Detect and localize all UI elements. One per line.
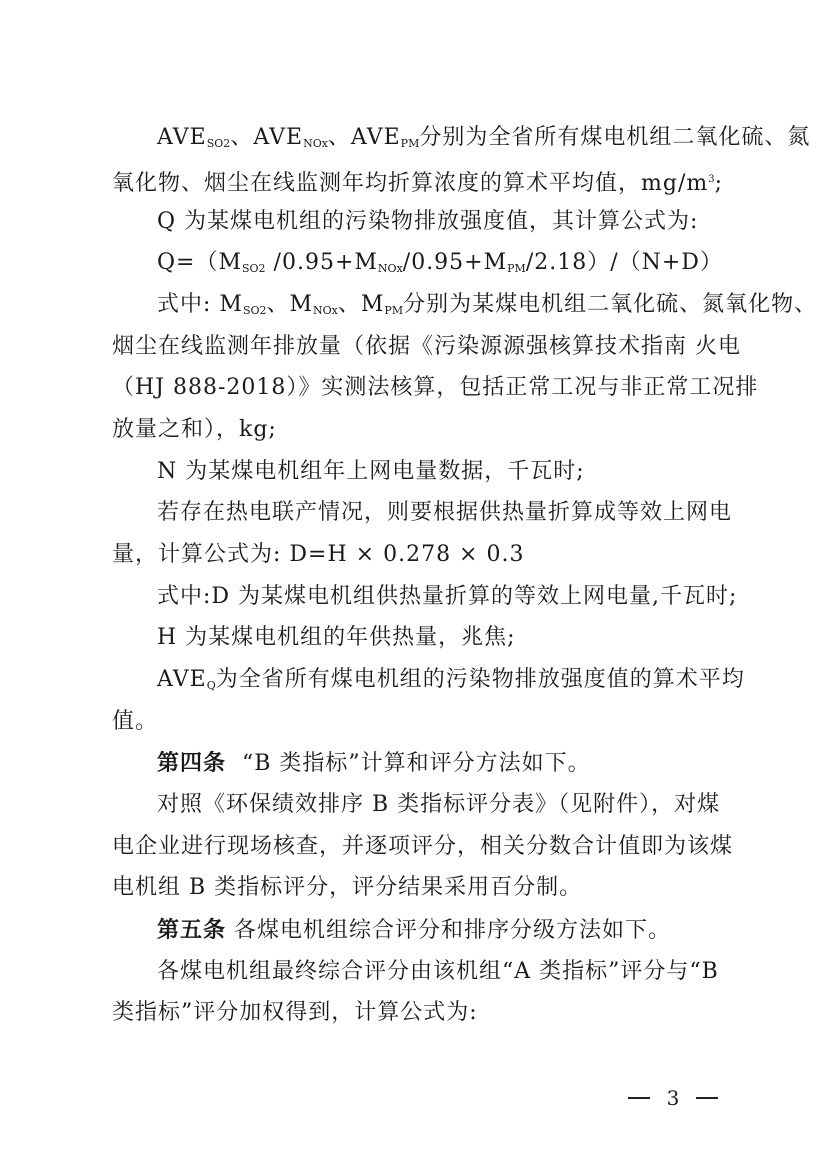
text-span: 各煤电机组综合评分和排序分级方法如下。 — [234, 918, 671, 943]
article-heading-line: 第四条 “B 类指标”计算和评分方法如下。 — [157, 748, 716, 778]
subscript: SO2 — [242, 262, 266, 275]
paragraph-line: 电企业进行现场核查，并逐项评分，相关分数合计值即为该煤 — [112, 832, 716, 862]
paragraph-line: 电机组 B 类指标评分，评分结果采用百分制。 — [112, 873, 716, 903]
paragraph-line: N 为某煤电机组年上网电量数据，千瓦时; — [157, 457, 716, 487]
article-heading-line: 第五条 各煤电机组综合评分和排序分级方法如下。 — [157, 915, 716, 945]
paragraph-line: 烟尘在线监测年排放量（依据《污染源源强核算技术指南 火电 — [112, 332, 716, 362]
text-span: 分别为某煤电机组二氧化硫、氮氧化物、 — [403, 292, 817, 317]
text-span: 氧化物、烟尘在线监测年均折算浓度的算术平均值，mg/m — [112, 171, 708, 196]
subscript: PM — [384, 304, 403, 317]
formula-line: 量，计算公式为: D=H × 0.278 × 0.3 — [112, 540, 716, 570]
paragraph-line: 若存在热电联产情况，则要根据供热量折算成等效上网电 — [157, 498, 716, 528]
paragraph-line: （HJ 888-2018）》实测法核算，包括正常工况与非正常工况排 — [112, 373, 716, 403]
subscript: SO2 — [207, 137, 231, 150]
subscript: NOx — [313, 304, 338, 317]
text-span: /0.95+M — [403, 250, 507, 275]
dash-right — [696, 1097, 718, 1099]
subscript: SO2 — [243, 304, 267, 317]
paragraph-line: 类指标”评分加权得到，计算公式为: — [112, 998, 716, 1028]
paragraph-line: 式中: MSO2、MNOx、MPM分别为某煤电机组二氧化硫、氮氧化物、 — [157, 290, 716, 320]
formula-line: Q=（MSO2 /0.95+MNOx/0.95+MPM/2.18）/（N+D） — [157, 248, 716, 278]
text-span: Q=（M — [157, 250, 242, 275]
paragraph-line: AVEQ为全省所有煤电机组的污染物排放强度值的算术平均 — [157, 665, 716, 695]
paragraph-line: 氧化物、烟尘在线监测年均折算浓度的算术平均值，mg/m3; — [112, 165, 716, 195]
text-span: 分别为全省所有煤电机组二氧化硫、氮 — [419, 125, 810, 150]
text-span: /2.18）/（N+D） — [526, 250, 723, 275]
subscript: PM — [401, 137, 420, 150]
page-number-footer: 3 — [628, 1084, 718, 1112]
subscript: NOx — [378, 262, 403, 275]
paragraph-line: 值。 — [112, 707, 716, 737]
paragraph-line: Q 为某煤电机组的污染物排放强度值，其计算公式为: — [157, 207, 716, 237]
article-number: 第五条 — [157, 917, 226, 943]
paragraph-line: 对照《环保绩效排序 B 类指标评分表》（见附件），对煤 — [157, 790, 716, 820]
text-span: /0.95+M — [266, 250, 378, 275]
text-span: AVE — [157, 125, 207, 150]
paragraph-line: 放量之和），kg; — [112, 415, 716, 445]
paragraph-line: AVESO2、AVENOx、AVEPM分别为全省所有煤电机组二氧化硫、氮 — [157, 123, 716, 153]
text-span: 、AVE — [230, 125, 303, 150]
paragraph-line: 式中:D 为某煤电机组供热量折算的等效上网电量,千瓦时; — [157, 582, 716, 612]
document-page: AVESO2、AVENOx、AVEPM分别为全省所有煤电机组二氧化硫、氮 氧化物… — [0, 0, 826, 1169]
text-span: “B 类指标”计算和评分方法如下。 — [242, 751, 591, 776]
text-span: ; — [715, 171, 723, 196]
text-span: 、M — [338, 292, 385, 317]
text-span: 式中: M — [157, 292, 243, 317]
paragraph-line: 各煤电机组最终综合评分由该机组“A 类指标”评分与“B — [157, 957, 716, 987]
paragraph-line: H 为某煤电机组的年供热量，兆焦; — [157, 623, 716, 653]
text-span: 、M — [267, 292, 314, 317]
dash-left — [628, 1097, 650, 1099]
text-span: 为全省所有煤电机组的污染物排放强度值的算术平均 — [216, 667, 745, 692]
subscript: PM — [507, 262, 526, 275]
page-number: 3 — [667, 1084, 680, 1112]
subscript: Q — [207, 679, 216, 692]
text-span: AVE — [157, 667, 207, 692]
text-span: 、AVE — [328, 125, 401, 150]
subscript: NOx — [303, 137, 328, 150]
article-number: 第四条 — [157, 750, 226, 776]
